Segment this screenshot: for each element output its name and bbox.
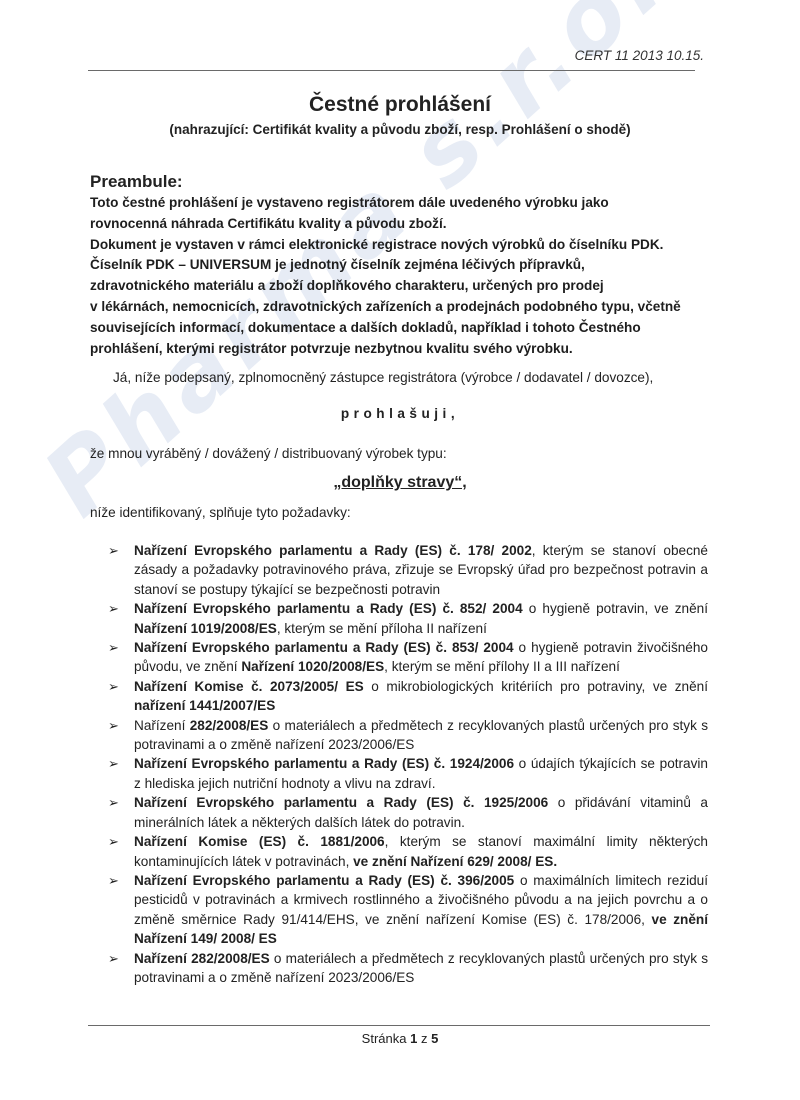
- page-label: Stránka: [362, 1031, 407, 1046]
- page-of: z: [421, 1031, 428, 1046]
- regulation-reference: Nařízení 1020/2008/ES: [241, 659, 384, 674]
- regulation-reference: Nařízení Evropského parlamentu a Rady (E…: [134, 795, 548, 810]
- requirement-item: ➢Nařízení Evropského parlamentu a Rady (…: [108, 638, 708, 677]
- requirement-item: ➢Nařízení Evropského parlamentu a Rady (…: [108, 793, 708, 832]
- regulation-reference: Nařízení Evropského parlamentu a Rady (E…: [134, 873, 514, 888]
- preamble-line: Toto čestné prohlášení je vystaveno regi…: [90, 193, 730, 214]
- declarant-statement: Já, níže podepsaný, zplnomocněný zástupc…: [113, 370, 653, 385]
- arrow-bullet-icon: ➢: [108, 716, 119, 735]
- preamble-line: prohlášení, kterými registrátor potvrzuj…: [90, 339, 730, 360]
- requirements-list: ➢Nařízení Evropského parlamentu a Rady (…: [108, 541, 708, 987]
- requirement-item: ➢Nařízení 282/2008/ES o materiálech a př…: [108, 716, 708, 755]
- regulation-reference: Nařízení Evropského parlamentu a Rady (E…: [134, 640, 514, 655]
- preamble-line: v lékárnách, nemocnicích, zdravotnických…: [90, 297, 730, 318]
- regulation-reference: Nařízení Evropského parlamentu a Rady (E…: [134, 601, 523, 616]
- regulation-reference: nařízení 1441/2007/ES: [134, 698, 275, 713]
- arrow-bullet-icon: ➢: [108, 793, 119, 812]
- regulation-reference: ve znění Nařízení 629/ 2008/ ES.: [353, 854, 557, 869]
- preamble-heading: Preambule:: [90, 172, 183, 192]
- preamble-line: Dokument je vystaven v rámci elektronick…: [90, 235, 730, 256]
- regulation-reference: 282/2008/ES: [190, 718, 269, 733]
- arrow-bullet-icon: ➢: [108, 638, 119, 657]
- regulation-reference: Nařízení Komise (ES) č. 1881/2006: [134, 834, 385, 849]
- requirement-text: o hygieně potravin, ve znění: [523, 601, 708, 616]
- header-divider: [88, 70, 695, 71]
- arrow-bullet-icon: ➢: [108, 871, 119, 890]
- preamble-text: Toto čestné prohlášení je vystaveno regi…: [90, 193, 730, 359]
- requirement-item: ➢Nařízení Komise (ES) č. 1881/2006, kter…: [108, 832, 708, 871]
- arrow-bullet-icon: ➢: [108, 677, 119, 696]
- requirement-item: ➢Nařízení Evropského parlamentu a Rady (…: [108, 599, 708, 638]
- arrow-bullet-icon: ➢: [108, 832, 119, 851]
- regulation-reference: Nařízení Evropského parlamentu a Rady (E…: [134, 543, 532, 558]
- regulation-reference: Nařízení Komise č. 2073/2005/ ES: [134, 679, 364, 694]
- preamble-line: rovnocenná náhrada Certifikátu kvality a…: [90, 214, 730, 235]
- preamble-line: souvisejících informací, dokumentace a d…: [90, 318, 730, 339]
- regulation-reference: Nařízení 1019/2008/ES: [134, 621, 277, 636]
- footer-divider: [88, 1025, 710, 1026]
- regulation-reference: Nařízení Evropského parlamentu a Rady (E…: [134, 756, 514, 771]
- arrow-bullet-icon: ➢: [108, 541, 119, 560]
- page-total: 5: [431, 1031, 438, 1046]
- arrow-bullet-icon: ➢: [108, 599, 119, 618]
- document-page: CERT 11 2013 10.15. Čestné prohlášení (n…: [0, 0, 800, 1100]
- regulation-reference: Nařízení 282/2008/ES: [134, 951, 270, 966]
- product-intro: že mnou vyráběný / dovážený / distribuov…: [90, 446, 447, 461]
- requirement-item: ➢Nařízení Evropského parlamentu a Rady (…: [108, 871, 708, 949]
- requirement-text: Nařízení: [134, 718, 190, 733]
- document-title: Čestné prohlášení: [0, 93, 800, 117]
- requirement-item: ➢Nařízení 282/2008/ES o materiálech a př…: [108, 949, 708, 988]
- page-number: Stránka 1 z 5: [0, 1031, 800, 1046]
- requirement-item: ➢Nařízení Evropského parlamentu a Rady (…: [108, 541, 708, 599]
- product-type: „doplňky stravy“,: [0, 474, 800, 492]
- document-subtitle: (nahrazující: Certifikát kvality a původ…: [0, 122, 800, 137]
- requirement-text: o mikrobiologických kritériích pro potra…: [364, 679, 708, 694]
- arrow-bullet-icon: ➢: [108, 754, 119, 773]
- declare-word: prohlašuji,: [0, 406, 800, 421]
- preamble-line: zdravotnického materiálu a zboží doplňko…: [90, 276, 730, 297]
- page-current: 1: [410, 1031, 417, 1046]
- requirement-text: , kterým se mění přílohy II a III naříze…: [384, 659, 620, 674]
- requirement-item: ➢Nařízení Komise č. 2073/2005/ ES o mikr…: [108, 677, 708, 716]
- requirements-intro: níže identifikovaný, splňuje tyto požada…: [90, 505, 351, 520]
- requirement-text: , kterým se mění příloha II nařízení: [277, 621, 487, 636]
- arrow-bullet-icon: ➢: [108, 949, 119, 968]
- requirement-item: ➢Nařízení Evropského parlamentu a Rady (…: [108, 754, 708, 793]
- preamble-line: Číselník PDK – UNIVERSUM je jednotný čís…: [90, 255, 730, 276]
- document-code: CERT 11 2013 10.15.: [575, 48, 704, 63]
